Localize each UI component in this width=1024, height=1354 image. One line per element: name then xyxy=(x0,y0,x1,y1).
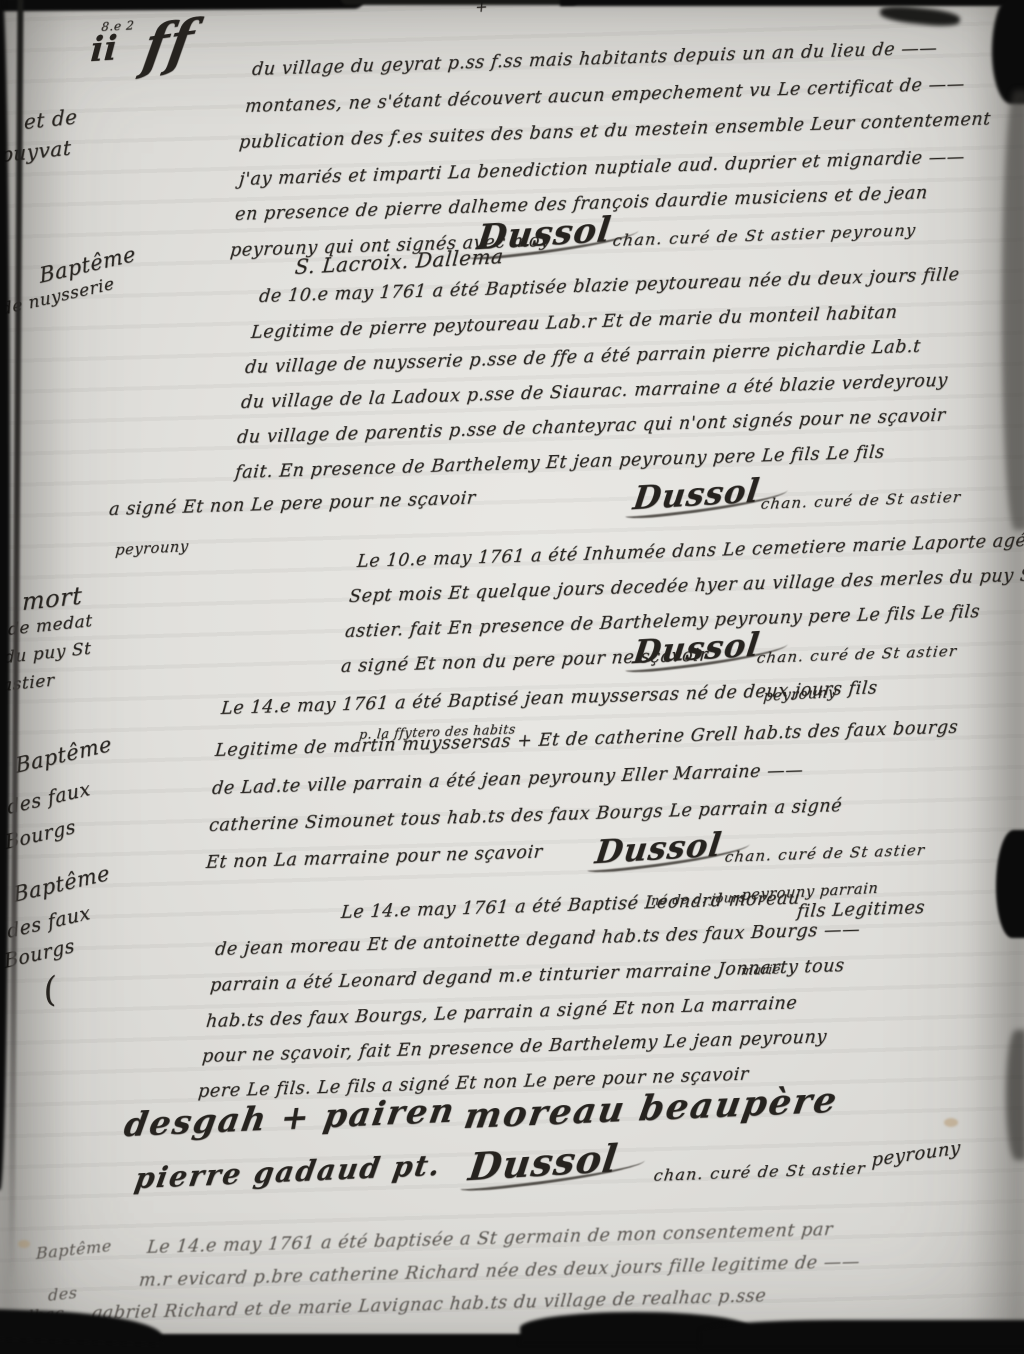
top-cross-mark: + xyxy=(475,0,489,16)
folio-mark: ii xyxy=(89,28,119,70)
curate-signature-dussol: Dussol xyxy=(631,625,762,671)
curate-signature-dussol: Dussol xyxy=(593,825,724,871)
scanned-page: 8.e 2 ii ff + et de puyvat du village du… xyxy=(0,0,1024,1354)
curate-signature-dussol: Dussol xyxy=(466,1135,621,1190)
interline-note: marie xyxy=(740,962,781,978)
margin-note: des xyxy=(48,1283,78,1305)
manuscript-line: fils Legitimes xyxy=(796,898,926,922)
curate-signature-dussol: Dussol xyxy=(631,471,762,517)
